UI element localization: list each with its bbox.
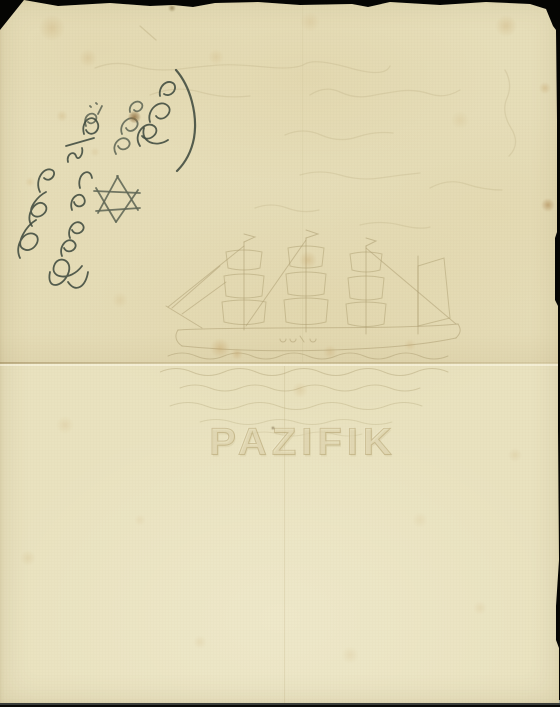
ship-rigging (166, 240, 456, 328)
paper-sheet: PAZIFIK (0, 0, 560, 703)
foxing-stain (193, 635, 207, 649)
scrawl-word-chilos (138, 82, 175, 146)
sailing-ship-watermark (160, 222, 480, 452)
ink-blotch (128, 111, 141, 123)
scanned-document-photo: PAZIFIK (0, 0, 560, 707)
foxing-stain (508, 448, 522, 462)
ship-name-watermark: PAZIFIK (188, 421, 418, 465)
flag (306, 230, 318, 238)
foxing-stain (134, 514, 146, 526)
scrawl-column-a (18, 169, 54, 258)
flag (366, 238, 376, 246)
star-of-david-symbol (94, 176, 140, 222)
hull-marks (280, 336, 316, 342)
handwritten-annotation (10, 50, 200, 310)
foxing-stain (56, 416, 74, 434)
flourish-stroke (176, 70, 195, 171)
foxing-stain (412, 512, 428, 528)
foxing-stain (473, 601, 487, 615)
flag (244, 234, 255, 242)
scrawl-column-b (49, 118, 98, 288)
ship-masts (244, 230, 418, 334)
ship-sails (222, 246, 450, 327)
foxing-stain (341, 646, 359, 664)
scrawl-word-feine (114, 102, 142, 154)
foxing-stain (20, 550, 36, 566)
scrawl-word-an (85, 103, 102, 126)
